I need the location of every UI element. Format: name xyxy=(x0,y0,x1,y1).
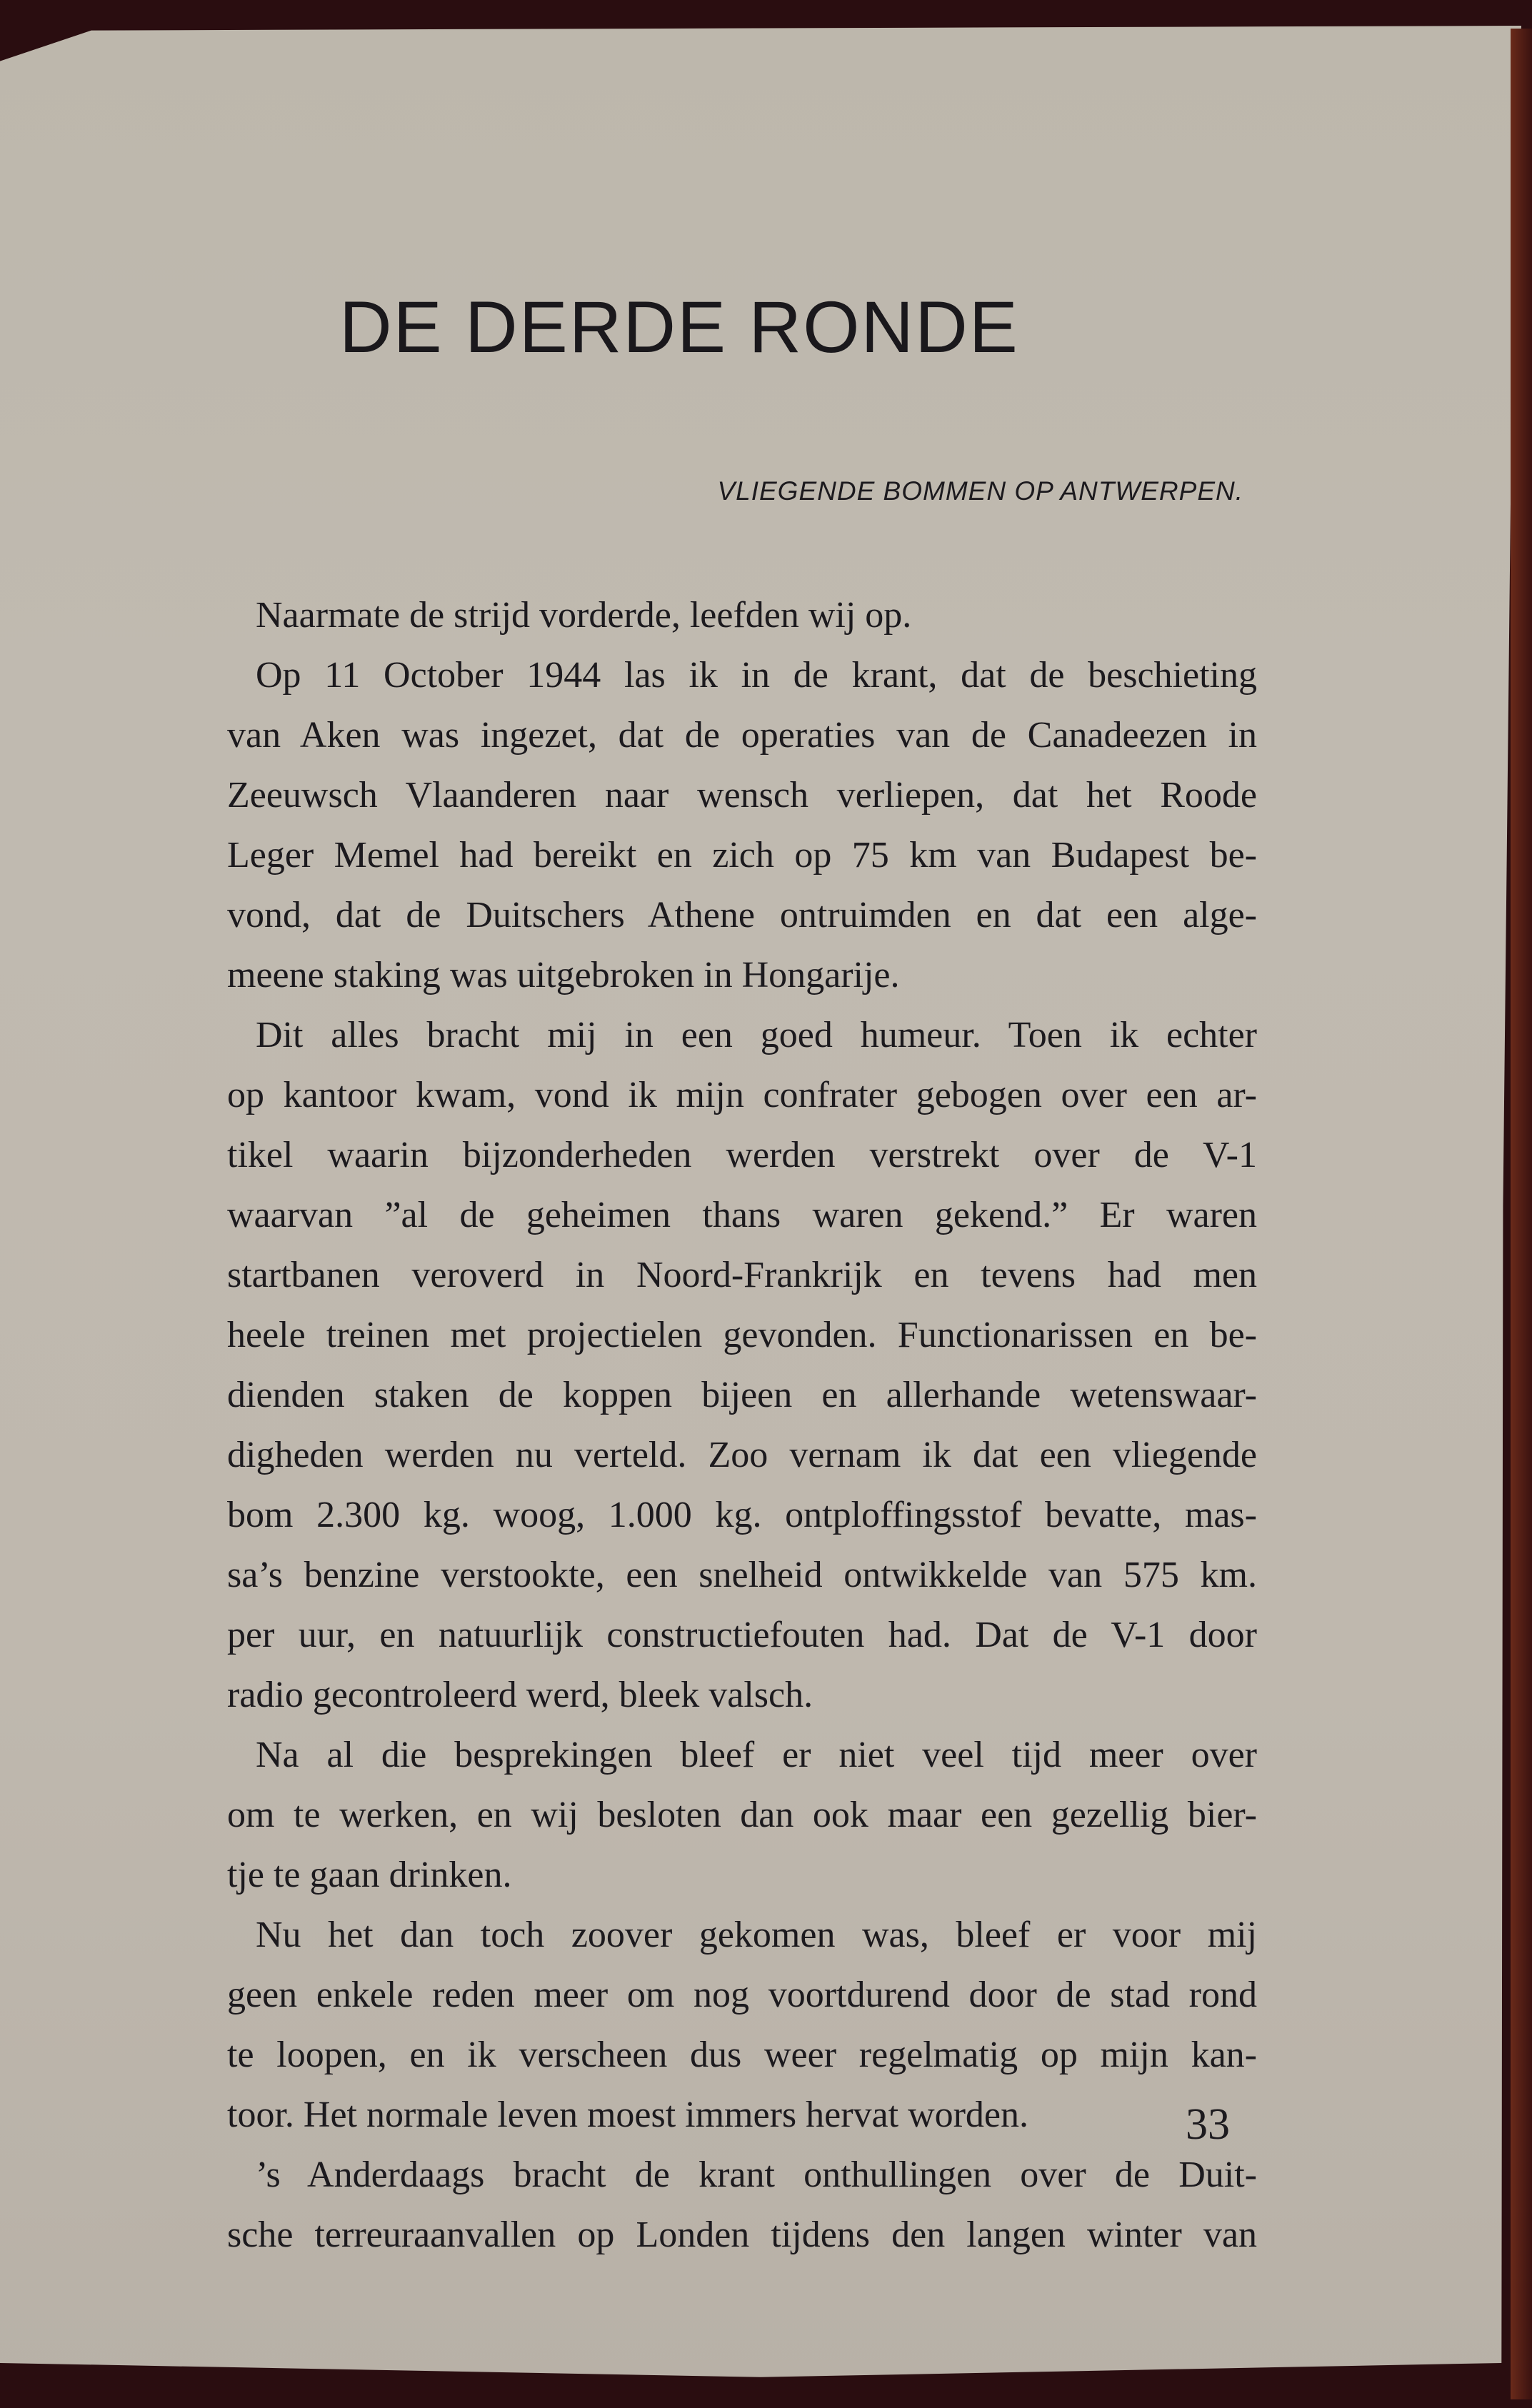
text-line: Op 11 October 1944 las ik in de krant, d… xyxy=(227,646,1257,706)
text-line: van Aken was ingezet, dat de operaties v… xyxy=(227,706,1257,766)
text-line: Nu het dan toch zoover gekomen was, blee… xyxy=(227,1905,1257,1965)
text-line: om te werken, en wij besloten dan ook ma… xyxy=(227,1785,1257,1845)
text-line: Na al die besprekingen bleef er niet vee… xyxy=(227,1725,1257,1785)
text-line: geen enkele reden meer om nog voortduren… xyxy=(227,1965,1257,2025)
text-line: tikel waarin bijzonderheden werden verst… xyxy=(227,1125,1257,1185)
body-text: Naarmate de strijd vorderde, leefden wij… xyxy=(227,586,1257,2265)
text-line: meene staking was uitgebroken in Hongari… xyxy=(227,945,1257,1005)
text-line: Zeeuwsch Vlaanderen naar wensch verliepe… xyxy=(227,766,1257,826)
text-line: toor. Het normale leven moest immers her… xyxy=(227,2085,1257,2145)
text-line: ’s Anderdaags bracht de krant onthulling… xyxy=(227,2145,1257,2205)
text-line: radio gecontroleerd werd, bleek valsch. xyxy=(227,1665,1257,1725)
text-line: startbanen veroverd in Noord-Frankrijk e… xyxy=(227,1245,1257,1305)
chapter-subtitle: VLIEGENDE BOMMEN OP ANTWERPEN. xyxy=(717,476,1243,506)
text-line: waarvan ”al de geheimen thans waren geke… xyxy=(227,1185,1257,1245)
page-number: 33 xyxy=(1186,2100,1230,2150)
text-line: te loopen, en ik verscheen dus weer rege… xyxy=(227,2025,1257,2085)
text-line: Leger Memel had bereikt en zich op 75 km… xyxy=(227,826,1257,886)
text-line: bom 2.300 kg. woog, 1.000 kg. ontploffin… xyxy=(227,1485,1257,1545)
text-line: sa’s benzine verstookte, een snelheid on… xyxy=(227,1545,1257,1605)
text-line: per uur, en natuurlijk constructiefouten… xyxy=(227,1605,1257,1665)
text-line: tje te gaan drinken. xyxy=(227,1845,1257,1905)
book-cover-edge xyxy=(1511,29,1532,2399)
chapter-title: DE DERDE RONDE xyxy=(339,286,1019,369)
text-line: op kantoor kwam, vond ik mijn confrater … xyxy=(227,1065,1257,1125)
text-line: heele treinen met projectielen gevonden.… xyxy=(227,1305,1257,1365)
text-line: digheden werden nu verteld. Zoo vernam i… xyxy=(227,1425,1257,1485)
text-line: vond, dat de Duitschers Athene ontruimde… xyxy=(227,886,1257,945)
text-line: sche terreuraanvallen op Londen tijdens … xyxy=(227,2205,1257,2265)
text-line: Naarmate de strijd vorderde, leefden wij… xyxy=(227,586,1257,646)
text-line: Dit alles bracht mij in een goed humeur.… xyxy=(227,1005,1257,1065)
text-line: dienden staken de koppen bijeen en aller… xyxy=(227,1365,1257,1425)
